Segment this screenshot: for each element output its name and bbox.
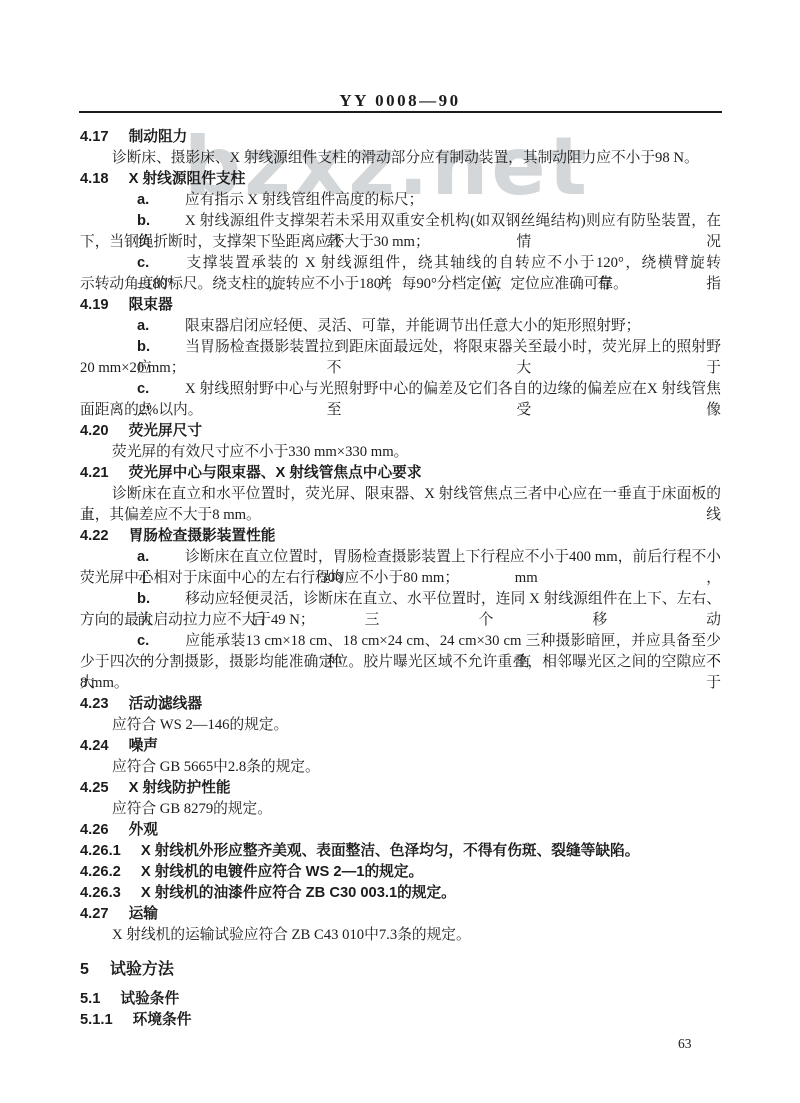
line-text: 方向的最大启动拉力应不大于49 N； bbox=[80, 612, 315, 628]
document-body: 4.17制动阻力诊断床、摄影床、X 射线源组件支柱的滑动部分应有制动装置，其制动… bbox=[80, 127, 721, 1031]
line-text: X 射线源阻件支柱 bbox=[129, 171, 246, 187]
clause-line: 4.24噪声 bbox=[80, 736, 721, 757]
line-text: 20 mm×20 mm； bbox=[80, 360, 185, 376]
clause-number: 5.1.1 bbox=[80, 1012, 113, 1028]
line-text: 外观 bbox=[129, 822, 158, 838]
item-letter: c. bbox=[137, 253, 185, 274]
item-line: b.移动应轻便灵活，诊断床在直立、水平位置时，连同 X 射线源组件在上下、左右、… bbox=[80, 589, 721, 610]
clause-line: 4.21荧光屏中心与限束器、X 射线管焦点中心要求 bbox=[80, 463, 721, 484]
clause-line: 4.19限束器 bbox=[80, 295, 721, 316]
text-line: X 射线机的运输试验应符合 ZB C43 010中7.3条的规定。 bbox=[80, 925, 721, 946]
text-line: 应符合 WS 2—146的规定。 bbox=[80, 715, 721, 736]
clause-line: 4.18X 射线源阻件支柱 bbox=[80, 169, 721, 190]
item-letter: a. bbox=[137, 547, 185, 568]
clause-number: 4.25 bbox=[80, 780, 109, 796]
item-line: a.诊断床在直立位置时，胃肠检查摄影装置上下行程应不小于400 mm，前后行程不… bbox=[80, 547, 721, 568]
clause-line: 4.27运输 bbox=[80, 904, 721, 925]
line-text: 活动滤线器 bbox=[129, 696, 202, 712]
clause-number: 4.22 bbox=[80, 528, 109, 544]
item-letter: b. bbox=[137, 211, 185, 232]
text-line: 少于四次的分割摄影，摄影均能准确定位。胶片曝光区域不允许重叠，相邻曝光区之间的空… bbox=[80, 652, 721, 673]
line-text: 少于四次的分割摄影，摄影均能准确定位。胶片曝光区域不允许重叠，相邻曝光区之间的空… bbox=[80, 654, 721, 691]
line-text: 应符合 WS 2—146的规定。 bbox=[112, 717, 288, 733]
item-letter: c. bbox=[137, 631, 185, 652]
line-text: 诊断床、摄影床、X 射线源组件支柱的滑动部分应有制动装置，其制动阻力应不小于98… bbox=[112, 150, 699, 166]
line-text: 当胃肠检查摄影装置拉到距床面最远处，将限束器关至最小时，荧光屏上的照射野应不大于 bbox=[137, 339, 721, 376]
line-text: 试验条件 bbox=[120, 991, 179, 1007]
text-line: 应符合 GB 5665中2.8条的规定。 bbox=[80, 757, 721, 778]
line-text: 应符合 GB 8279的规定。 bbox=[112, 801, 272, 817]
clause-line: 4.26.2X 射线机的电镀件应符合 WS 2—1的规定。 bbox=[80, 862, 721, 883]
clause-line: 5.1.1环境条件 bbox=[80, 1010, 721, 1031]
line-text: 试验方法 bbox=[110, 961, 174, 978]
item-line: b.X 射线源组件支撑架若未采用双重安全机构(如双钢丝绳结构)则应有防坠装置，在… bbox=[80, 211, 721, 232]
line-text: 面距离的2%以内。 bbox=[80, 402, 202, 418]
clause-line: 4.26外观 bbox=[80, 820, 721, 841]
clause-line: 4.23活动滤线器 bbox=[80, 694, 721, 715]
page-number: 63 bbox=[678, 1036, 692, 1052]
line-text: 制动阻力 bbox=[129, 129, 188, 145]
item-line: b.当胃肠检查摄影装置拉到距床面最远处，将限束器关至最小时，荧光屏上的照射野应不… bbox=[80, 337, 721, 358]
line-text: 荧光屏中心与限束器、X 射线管焦点中心要求 bbox=[129, 465, 422, 481]
line-text: 荧光屏中心相对于床面中心的左右行程均应不小于80 mm； bbox=[80, 570, 459, 586]
line-text: 噪声 bbox=[129, 738, 158, 754]
clause-line: 4.25X 射线防护性能 bbox=[80, 778, 721, 799]
line-text: X 射线防护性能 bbox=[129, 780, 231, 796]
standard-number: YY 0008—90 bbox=[0, 91, 800, 111]
clause-number: 4.21 bbox=[80, 465, 109, 481]
clause-number: 4.18 bbox=[80, 171, 109, 187]
line-text: X 射线机的电镀件应符合 WS 2—1的规定。 bbox=[141, 864, 423, 880]
header-rule bbox=[79, 111, 722, 113]
clause-number: 5.1 bbox=[80, 991, 100, 1007]
section-heading: 5试验方法 bbox=[80, 959, 721, 981]
clause-line: 4.26.1X 射线机外形应整齐美观、表面整洁、色泽均匀，不得有伤斑、裂缝等缺陷… bbox=[80, 841, 721, 862]
clause-number: 4.26.2 bbox=[80, 864, 121, 880]
item-letter: a. bbox=[137, 190, 185, 211]
line-text: 运输 bbox=[129, 906, 158, 922]
line-text: 应符合 GB 5665中2.8条的规定。 bbox=[112, 759, 320, 775]
item-letter: b. bbox=[137, 337, 185, 358]
line-text: 下，当钢绳折断时，支撑架下坠距离应不大于30 mm； bbox=[80, 234, 430, 250]
line-text: 应有指示 X 射线管组件高度的标尺； bbox=[185, 192, 423, 208]
text-line: 诊断床在直立和水平位置时，荧光屏、限束器、X 射线管焦点三者中心应在一垂直于床面… bbox=[80, 484, 721, 505]
line-text: 限束器启闭应轻便、灵活、可靠，并能调节出任意大小的矩形照射野； bbox=[185, 318, 640, 334]
line-text: X 射线机外形应整齐美观、表面整洁、色泽均匀，不得有伤斑、裂缝等缺陷。 bbox=[141, 843, 640, 859]
item-line: c.支撑装置承装的 X 射线源组件，绕其轴线的自转应不小于120°，绕横臂旋转±… bbox=[80, 253, 721, 274]
line-text: X 射线照射野中心与光照射野中心的偏差及它们各自的边缘的偏差应在X 射线管焦点至… bbox=[137, 381, 721, 418]
line-text: 上，其偏差应不大于8 mm。 bbox=[80, 507, 261, 523]
line-text: X 射线机的运输试验应符合 ZB C43 010中7.3条的规定。 bbox=[112, 927, 471, 943]
clause-number: 4.26 bbox=[80, 822, 109, 838]
item-letter: a. bbox=[137, 316, 185, 337]
line-text: 限束器 bbox=[129, 297, 173, 313]
clause-number: 4.23 bbox=[80, 696, 109, 712]
clause-line: 5.1试验条件 bbox=[80, 989, 721, 1010]
item-letter: b. bbox=[137, 589, 185, 610]
clause-number: 4.24 bbox=[80, 738, 109, 754]
text-line: 诊断床、摄影床、X 射线源组件支柱的滑动部分应有制动装置，其制动阻力应不小于98… bbox=[80, 148, 721, 169]
line-text: 荧光屏的有效尺寸应不小于330 mm×330 mm。 bbox=[112, 444, 408, 460]
clause-number: 4.26.1 bbox=[80, 843, 121, 859]
clause-number: 4.27 bbox=[80, 906, 109, 922]
text-line: 示转动角度的标尺。绕支柱的旋转应不小于180°，每90°分档定位，定位应准确可靠… bbox=[80, 274, 721, 295]
clause-number: 4.20 bbox=[80, 423, 109, 439]
clause-number: 4.17 bbox=[80, 129, 109, 145]
clause-number: 4.19 bbox=[80, 297, 109, 313]
item-letter: c. bbox=[137, 379, 185, 400]
item-line: c.应能承装13 cm×18 cm、18 cm×24 cm、24 cm×30 c… bbox=[80, 631, 721, 652]
scanned-document-page: YY 0008—90 bzxz.net 4.17制动阻力诊断床、摄影床、X 射线… bbox=[0, 0, 800, 1103]
clause-line: 4.17制动阻力 bbox=[80, 127, 721, 148]
text-line: 应符合 GB 8279的规定。 bbox=[80, 799, 721, 820]
line-text: 胃肠检查摄影装置性能 bbox=[129, 528, 276, 544]
text-line: 荧光屏的有效尺寸应不小于330 mm×330 mm。 bbox=[80, 442, 721, 463]
item-line: a.应有指示 X 射线管组件高度的标尺； bbox=[80, 190, 721, 211]
line-text: 环境条件 bbox=[133, 1012, 192, 1028]
clause-line: 4.20荧光屏尺寸 bbox=[80, 421, 721, 442]
line-text: X 射线机的油漆件应符合 ZB C30 003.1的规定。 bbox=[141, 885, 456, 901]
item-line: a.限束器启闭应轻便、灵活、可靠，并能调节出任意大小的矩形照射野； bbox=[80, 316, 721, 337]
line-text: 8 mm。 bbox=[80, 675, 129, 691]
clause-line: 4.22胃肠检查摄影装置性能 bbox=[80, 526, 721, 547]
line-text: 示转动角度的标尺。绕支柱的旋转应不小于180°，每90°分档定位，定位应准确可靠… bbox=[80, 276, 628, 292]
clause-line: 4.26.3X 射线机的油漆件应符合 ZB C30 003.1的规定。 bbox=[80, 883, 721, 904]
clause-number: 4.26.3 bbox=[80, 885, 121, 901]
clause-number: 5 bbox=[80, 961, 89, 978]
line-text: 荧光屏尺寸 bbox=[129, 423, 202, 439]
item-line: c.X 射线照射野中心与光照射野中心的偏差及它们各自的边缘的偏差应在X 射线管焦… bbox=[80, 379, 721, 400]
